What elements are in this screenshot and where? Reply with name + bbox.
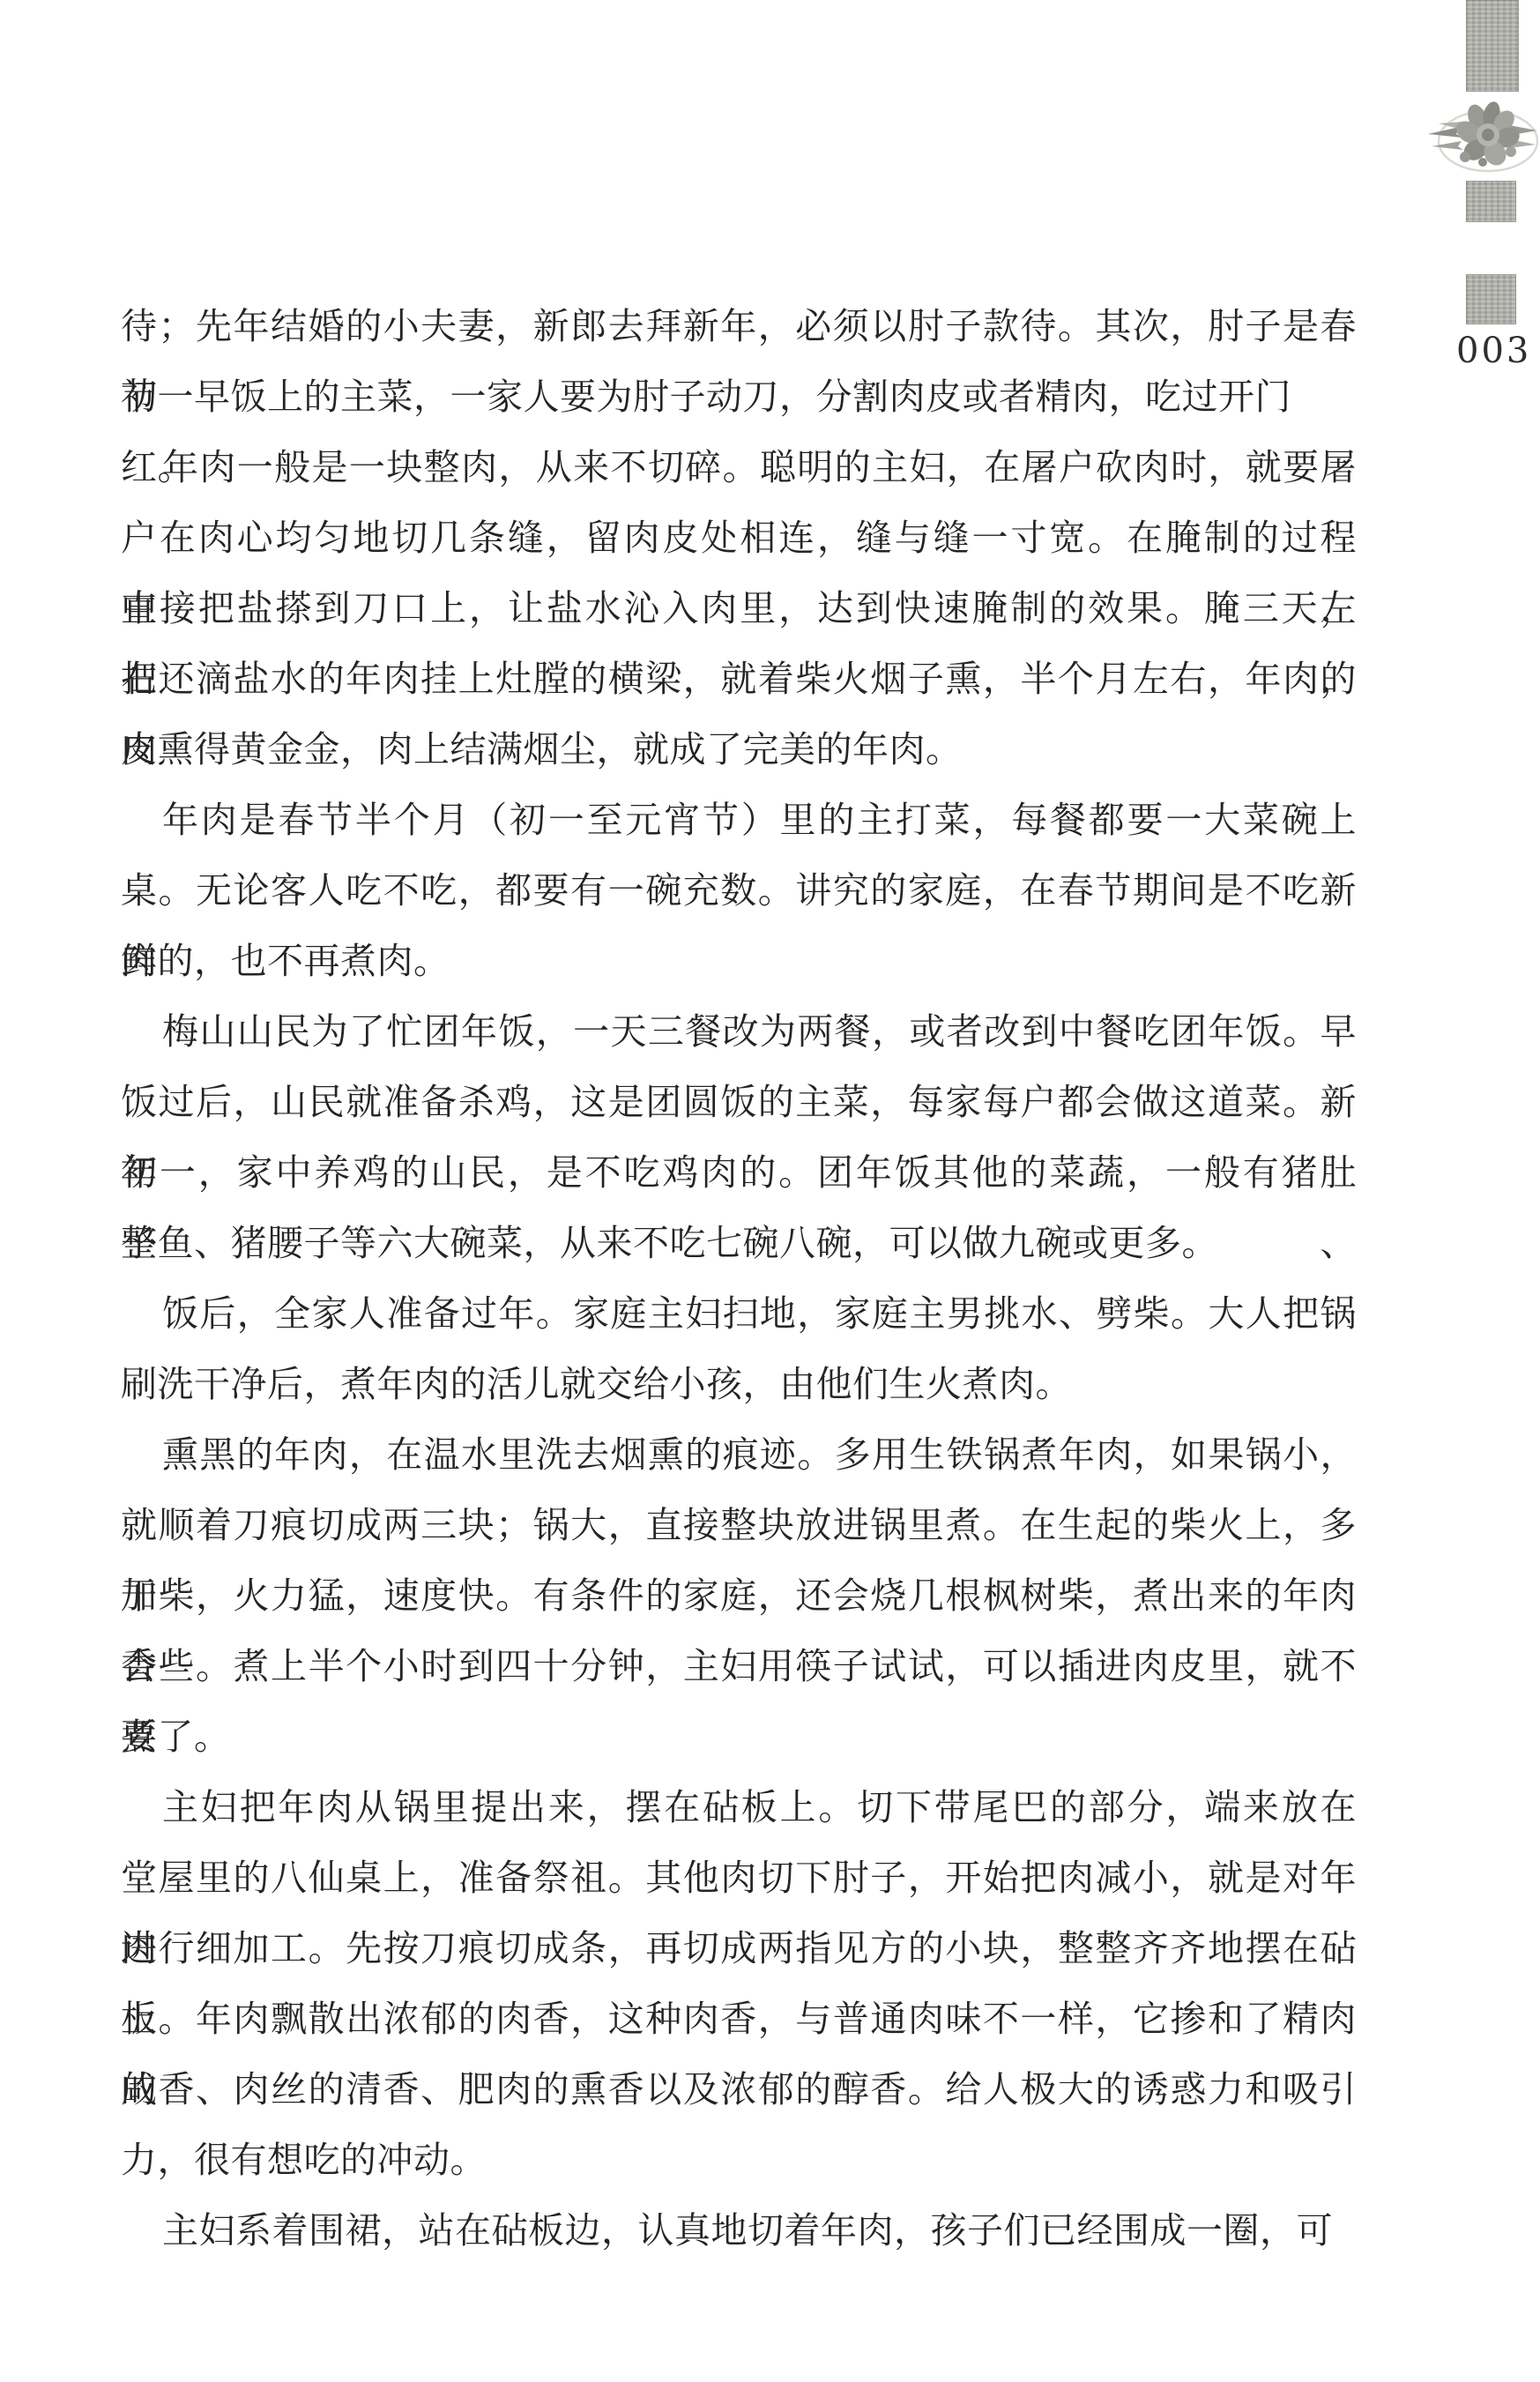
- text-line: 桌。无论客人吃不吃，都要有一碗充数。讲究的家庭，在春节期间是不吃新鲜: [121, 855, 1357, 926]
- text-line: 煮了。: [121, 1701, 1357, 1772]
- text-line: 整鱼、猪腰子等六大碗菜，从来不吃七碗八碗，可以做九碗或更多。: [121, 1208, 1357, 1278]
- text-line: 户在肉心均匀地切几条缝，留肉皮处相连，缝与缝一寸宽。在腌制的过程中，: [121, 502, 1357, 573]
- text-line: 香些。煮上半个小时到四十分钟，主妇用筷子试试，可以插进肉皮里，就不要: [121, 1631, 1357, 1701]
- margin-block-middle: [1466, 181, 1516, 222]
- text-line: 就顺着刀痕切成两三块；锅大，直接整块放进锅里煮。在生起的柴火上，多加: [121, 1490, 1357, 1560]
- text-line: 饭过后，山民就准备杀鸡，这是团圆饭的主菜，每家每户都会做这道菜。新年: [121, 1067, 1357, 1137]
- text-line: 堂屋里的八仙桌上，准备祭祖。其他肉切下肘子，开始把肉减小，就是对年肉: [121, 1842, 1357, 1913]
- page-number: 003: [1456, 328, 1527, 374]
- text-line: 上。年肉飘散出浓郁的肉香，这种肉香，与普通肉味不一样，它掺和了精肉的: [121, 1984, 1357, 2054]
- text-line: 皮熏得黄金金，肉上结满烟尘，就成了完美的年肉。: [121, 714, 1357, 785]
- text-line: 力，很有想吃的冲动。: [121, 2125, 1357, 2195]
- text-line: 待；先年结婚的小夫妻，新郎去拜新年，必须以肘子款待。其次，肘子是春节: [121, 291, 1357, 361]
- text-line: 干柴，火力猛，速度快。有条件的家庭，还会烧几根枫树柴，煮出来的年肉会: [121, 1560, 1357, 1631]
- text-line: 刷洗干净后，煮年肉的活儿就交给小孩，由他们生火煮肉。: [121, 1349, 1357, 1419]
- floral-ornament-icon: [1426, 95, 1540, 180]
- text-line: 直接把盐搽到刀口上，让盐水沁入肉里，达到快速腌制的效果。腌三天左右，: [121, 573, 1357, 644]
- text-line: 初一早饭上的主菜，一家人要为肘子动刀，分割肉皮或者精肉，吃过开门红。: [121, 361, 1357, 432]
- text-line: 咸香、肉丝的清香、肥肉的熏香以及浓郁的醇香。给人极大的诱惑力和吸引: [121, 2054, 1357, 2125]
- text-line: 主妇系着围裙，站在砧板边，认真地切着年肉，孩子们已经围成一圈，可: [121, 2195, 1357, 2266]
- margin-block-bottom: [1466, 274, 1516, 324]
- book-page: 003 待；先年结婚的小夫妻，新郎去拜新年，必须以肘子款待。其次，肘子是春节 初…: [0, 0, 1540, 2382]
- text-line: 年肉一般是一块整肉，从来不切碎。聪明的主妇，在屠户砍肉时，就要屠: [121, 432, 1357, 502]
- text-line: 初一，家中养鸡的山民，是不吃鸡肉的。团年饭其他的菜蔬，一般有猪肚子、: [121, 1137, 1357, 1208]
- body-text: 待；先年结婚的小夫妻，新郎去拜新年，必须以肘子款待。其次，肘子是春节 初一早饭上…: [121, 291, 1357, 2266]
- text-line: 把还滴盐水的年肉挂上灶膛的横梁，就着柴火烟子熏，半个月左右，年肉的肉: [121, 644, 1357, 714]
- text-line: 主妇把年肉从锅里提出来，摆在砧板上。切下带尾巴的部分，端来放在: [121, 1772, 1357, 1842]
- text-line: 梅山山民为了忙团年饭，一天三餐改为两餐，或者改到中餐吃团年饭。早: [121, 996, 1357, 1067]
- text-line: 肉的，也不再煮肉。: [121, 926, 1357, 996]
- text-line: 饭后，全家人准备过年。家庭主妇扫地，家庭主男挑水、劈柴。大人把锅: [121, 1278, 1357, 1349]
- text-line: 年肉是春节半个月（初一至元宵节）里的主打菜，每餐都要一大菜碗上: [121, 785, 1357, 855]
- text-line: 进行细加工。先按刀痕切成条，再切成两指见方的小块，整整齐齐地摆在砧板: [121, 1913, 1357, 1984]
- margin-block-top: [1466, 0, 1519, 92]
- text-line: 熏黑的年肉，在温水里洗去烟熏的痕迹。多用生铁锅煮年肉，如果锅小，: [121, 1419, 1357, 1490]
